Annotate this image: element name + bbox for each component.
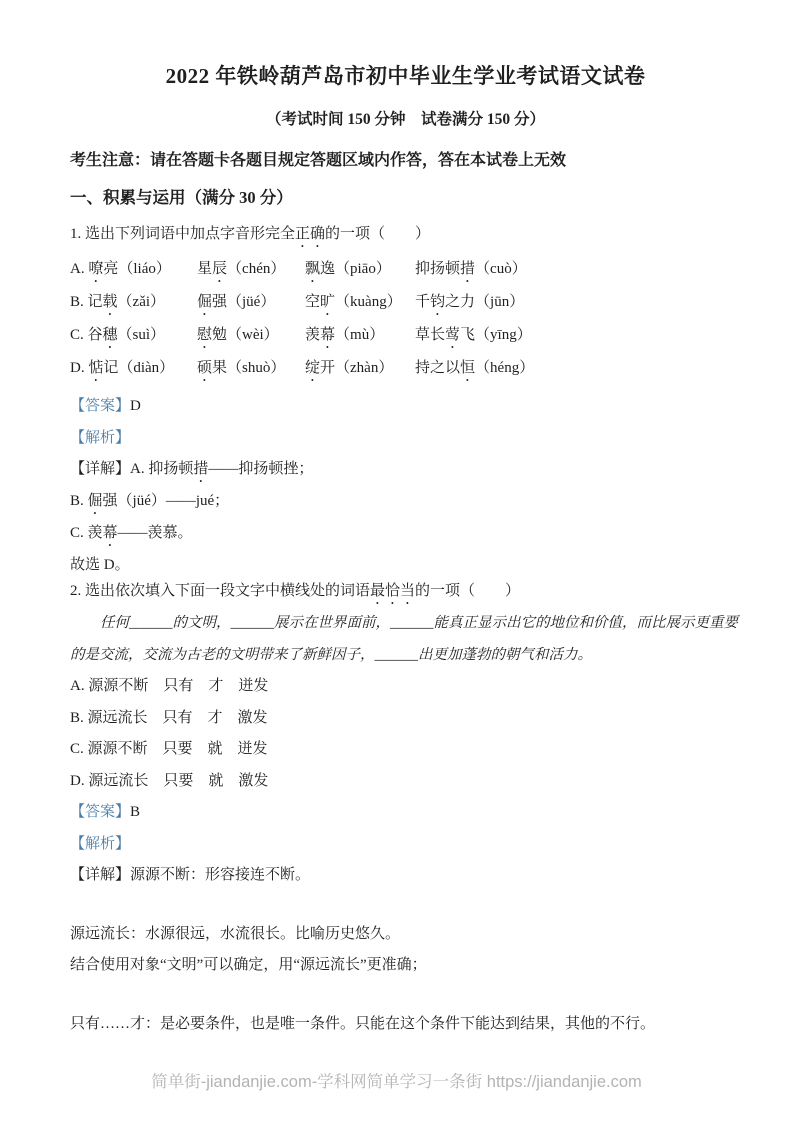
q2-answer-value: B — [130, 804, 140, 820]
q1-detail-line-1: 【详解】A. 抑扬顿措——抑扬顿挫； — [70, 454, 741, 486]
q2-detail-line-2: 源远流长：水源很远，水流很长。比喻历史悠久。 — [70, 919, 741, 951]
q1-answer-line: 【答案】D — [70, 391, 741, 423]
section-1-heading: 一、积累与运用（满分 30 分） — [70, 184, 741, 208]
q1-option-c-word-1: C. 谷穗（suì） — [70, 319, 197, 352]
exam-time-score-info: （考试时间 150 分钟 试卷满分 150 分） — [70, 107, 741, 129]
q1-options-grid: A. 嘹亮（liáo） 星辰（chén） 飘逸（piāo） 抑扬顿措（cuò） … — [70, 253, 741, 385]
q1-stem: 1. 选出下列词语中加点字音形完全正确的一项（ ） — [70, 219, 741, 251]
q2-stem: 2. 选出依次填入下面一段文字中横线处的词语最恰当的一项（ ） — [70, 576, 741, 608]
q1-option-d-word-3: 绽开（zhàn） — [305, 352, 415, 385]
q1-option-c-word-4: 草长莺飞（yīng） — [415, 319, 741, 352]
q1-option-b-word-2: 倔强（jüé） — [197, 286, 305, 319]
q2-detail-line-4: 只有……才：是必要条件，也是唯一条件。只能在这个条件下能达到结果，其他的不行。 — [70, 1009, 741, 1041]
q1-option-a-word-2: 星辰（chén） — [197, 253, 305, 286]
q1-option-b-word-3: 空旷（kuàng） — [305, 286, 415, 319]
q1-option-d-word-1: D. 惦记（diàn） — [70, 352, 197, 385]
q2-option-b: B. 源远流长 只有 才 激发 — [70, 703, 741, 735]
blank-line — [70, 982, 741, 1009]
analysis-label: 【解析】 — [70, 430, 130, 446]
q2-answer-line: 【答案】B — [70, 797, 741, 829]
q1-detail-line-2: B. 倔强（jüé）——jué； — [70, 486, 741, 518]
q2-passage-line-2: 的是交流，交流为古老的文明带来了新鲜因子，______出更加蓬勃的朝气和活力。 — [70, 640, 741, 672]
q1-option-d-word-4: 持之以恒（héng） — [415, 352, 741, 385]
q1-option-a-word-1: A. 嘹亮（liáo） — [70, 253, 197, 286]
q2-analysis-line: 【解析】 — [70, 829, 741, 861]
q1-option-c-word-2: 慰勉（wèi） — [197, 319, 305, 352]
watermark-footer: 简单街-jiandanjie.com-学科网简单学习一条街 https://ji… — [0, 1068, 793, 1092]
q1-option-b-word-1: B. 记载（zǎi） — [70, 286, 197, 319]
q2-option-c: C. 源源不断 只要 就 迸发 — [70, 734, 741, 766]
page-content: 2022 年铁岭葫芦岛市初中毕业生学业考试语文试卷 （考试时间 150 分钟 试… — [0, 0, 793, 1040]
q2-option-d: D. 源远流长 只要 就 激发 — [70, 766, 741, 798]
q1-option-b-word-4: 千钧之力（jūn） — [415, 286, 741, 319]
q2-detail-line-1: 【详解】源源不断：形容接连不断。 — [70, 860, 741, 892]
q1-answer-value: D — [130, 398, 141, 414]
q1-option-a-word-3: 飘逸（piāo） — [305, 253, 415, 286]
page-title: 2022 年铁岭葫芦岛市初中毕业生学业考试语文试卷 — [70, 0, 741, 90]
q2-passage-line-1: 任何______的文明，______展示在世界面前，______能真正显示出它的… — [70, 608, 741, 640]
q1-option-a-word-4: 抑扬顿措（cuò） — [415, 253, 741, 286]
candidate-notice: 考生注意：请在答题卡各题目规定答题区域内作答，答在本试卷上无效 — [70, 147, 741, 170]
exam-paper-page: 2022 年铁岭葫芦岛市初中毕业生学业考试语文试卷 （考试时间 150 分钟 试… — [0, 0, 793, 1122]
answer-label: 【答案】 — [70, 804, 130, 820]
analysis-label: 【解析】 — [70, 836, 130, 852]
q1-option-d-word-2: 硕果（shuò） — [197, 352, 305, 385]
q1-analysis-line: 【解析】 — [70, 423, 741, 455]
q2-option-a: A. 源源不断 只有 才 迸发 — [70, 671, 741, 703]
q2-detail-line-3: 结合使用对象“文明”可以确定，用“源远流长”更准确； — [70, 950, 741, 982]
blank-line — [70, 892, 741, 919]
q1-option-c-word-3: 羡幕（mù） — [305, 319, 415, 352]
answer-label: 【答案】 — [70, 398, 130, 414]
q1-detail-line-3: C. 羡幕——羡慕。 — [70, 518, 741, 550]
